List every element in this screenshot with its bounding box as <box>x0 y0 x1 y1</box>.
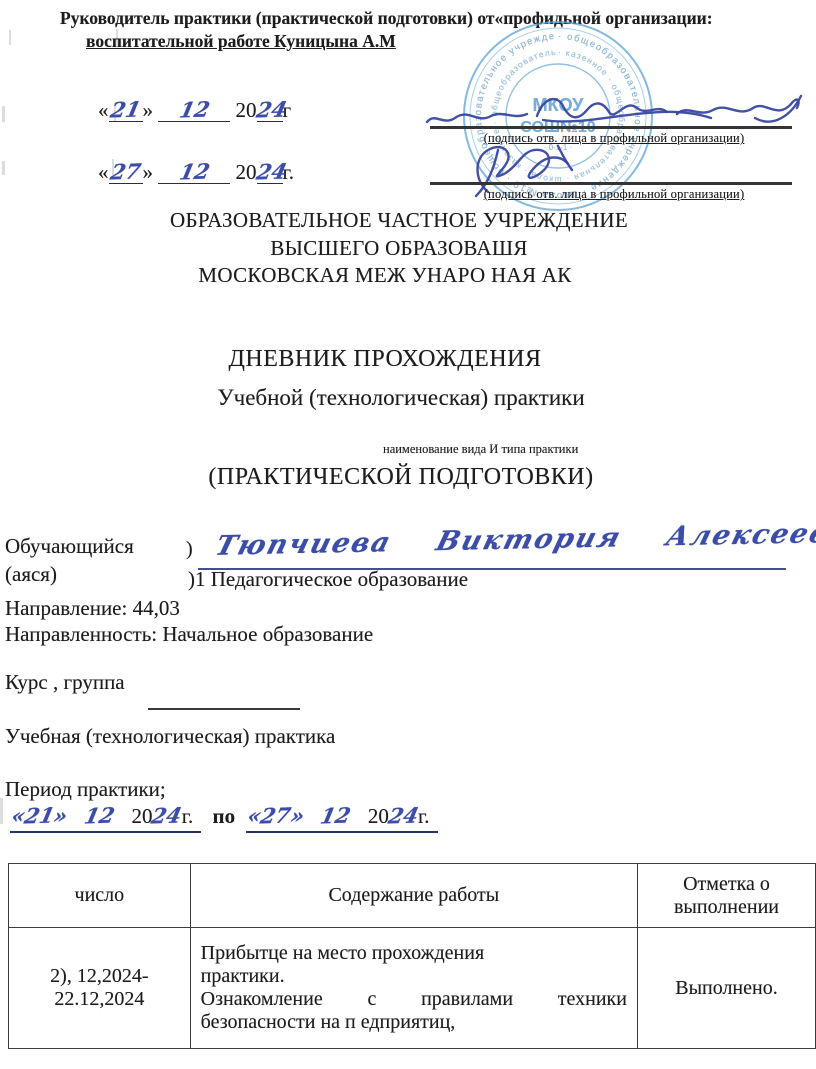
date-1: «21» 12 2024г <box>98 98 291 123</box>
date-2: «27» 12 2024г. <box>98 160 294 185</box>
date-1-month-handwritten: 12 <box>177 98 211 121</box>
period-to-month: 12 <box>318 802 353 828</box>
table-cell-content: Прибытце на место прохождения практики. … <box>190 928 637 1049</box>
period-label: Период практики; <box>5 777 166 802</box>
date-1-year-printed: 20 <box>236 98 257 122</box>
student-bracket: ) <box>186 538 193 561</box>
guillemet-close: » <box>143 160 154 184</box>
diary-secondary-title: (ПРАКТИЧЕСКОЙ ПОДГОТОВКИ) <box>10 464 792 491</box>
table-cell-status: Выполнено. <box>637 928 815 1049</box>
date-1-day-handwritten: 21 <box>108 98 142 121</box>
scan-artifact <box>9 30 11 45</box>
content-line: Ознакомление с правилами техники <box>201 988 627 1011</box>
table-header-row: число Содержание работы Отметка о выполн… <box>9 864 816 928</box>
date-2-month-handwritten: 12 <box>177 160 211 183</box>
table-header-date: число <box>9 864 191 928</box>
date-2-year-printed: 20 <box>236 160 257 184</box>
period-to-year-handwritten: 24 <box>386 802 421 828</box>
date-range-line1: 2), 12,2024- <box>19 965 180 988</box>
student-direction: Направление: 44,03 <box>5 596 180 621</box>
scan-artifact <box>2 161 5 175</box>
scan-artifact <box>0 798 3 824</box>
organization-line3: МОСКОВСКАЯ МЕЖ УНАРО НАЯ АК <box>0 263 770 288</box>
organization-line2: ВЫСШЕГО ОБРАЗОВАШЯ <box>8 236 790 261</box>
student-label-line2: (аяся) <box>5 562 57 587</box>
period-to-year-printed: 20 <box>368 804 389 828</box>
practice-type-line: Учебная (технологическая) практика <box>5 724 335 749</box>
table-cell-date: 2), 12,2024- 22.12,2024 <box>9 928 191 1049</box>
period-from: «21»122024г. <box>10 803 201 833</box>
student-label-line1: Обучающийся <box>5 534 134 559</box>
course-group-label: Курс , группа <box>5 670 125 695</box>
work-log-table: число Содержание работы Отметка о выполн… <box>8 863 816 1049</box>
student-program-line: )1 Педагогическое образование <box>188 567 468 592</box>
period-from-month: 12 <box>82 802 117 828</box>
date-1-year-handwritten: 24 <box>254 98 288 121</box>
scan-artifact <box>2 106 5 122</box>
guillemet-open: « <box>98 98 109 122</box>
period-to-word: по <box>206 804 241 828</box>
supervisor-name-line: воспитательной работе Куницына А.М <box>86 31 396 52</box>
date-range-line2: 22.12,2024 <box>19 988 180 1011</box>
period-from-year-handwritten: 24 <box>150 802 185 828</box>
table-header-content: Содержание работы <box>190 864 637 928</box>
content-line: практики. <box>201 965 627 988</box>
course-group-blank-line <box>148 706 300 710</box>
period-to: «27»122024г. <box>246 803 437 833</box>
period-from-suffix: г. <box>182 804 194 828</box>
signature-2-line <box>430 182 792 185</box>
date-2-day-handwritten: 27 <box>108 160 142 183</box>
content-line: Прибытце на место прохождения <box>201 942 627 965</box>
diary-subtitle: Учебной (технологическая) практики <box>10 385 792 411</box>
student-profile: Направленность: Начальное образование <box>5 622 373 647</box>
diary-title: ДНЕВНИК ПРОХОЖДЕНИЯ <box>0 346 770 373</box>
period-dates: «21»122024г. по «27»122024г. <box>10 803 438 833</box>
content-line: безопасности на п едприятиц, <box>201 1011 627 1034</box>
signature-1-line <box>430 126 792 129</box>
student-name-handwritten: Тюпчиева Виктория Алексеевна <box>212 517 816 562</box>
guillemet-open: « <box>98 160 109 184</box>
date-2-year-handwritten: 24 <box>254 160 288 183</box>
table-header-status: Отметка о выполнении <box>637 864 815 928</box>
guillemet-close: » <box>143 98 154 122</box>
signature-2-caption: (подпись отв. лица в профильной организа… <box>438 187 790 202</box>
table-row: 2), 12,2024- 22.12,2024 Прибытце на мест… <box>9 928 816 1049</box>
organization-line1: ОБРАЗОВАТЕЛЬНОЕ ЧАСТНОЕ УЧРЕЖДЕНИЕ <box>8 208 790 233</box>
practice-type-note: наименование вида И типа практики <box>383 442 578 457</box>
scanned-practice-diary-page: Руководитель практики (практической подг… <box>0 0 816 1069</box>
